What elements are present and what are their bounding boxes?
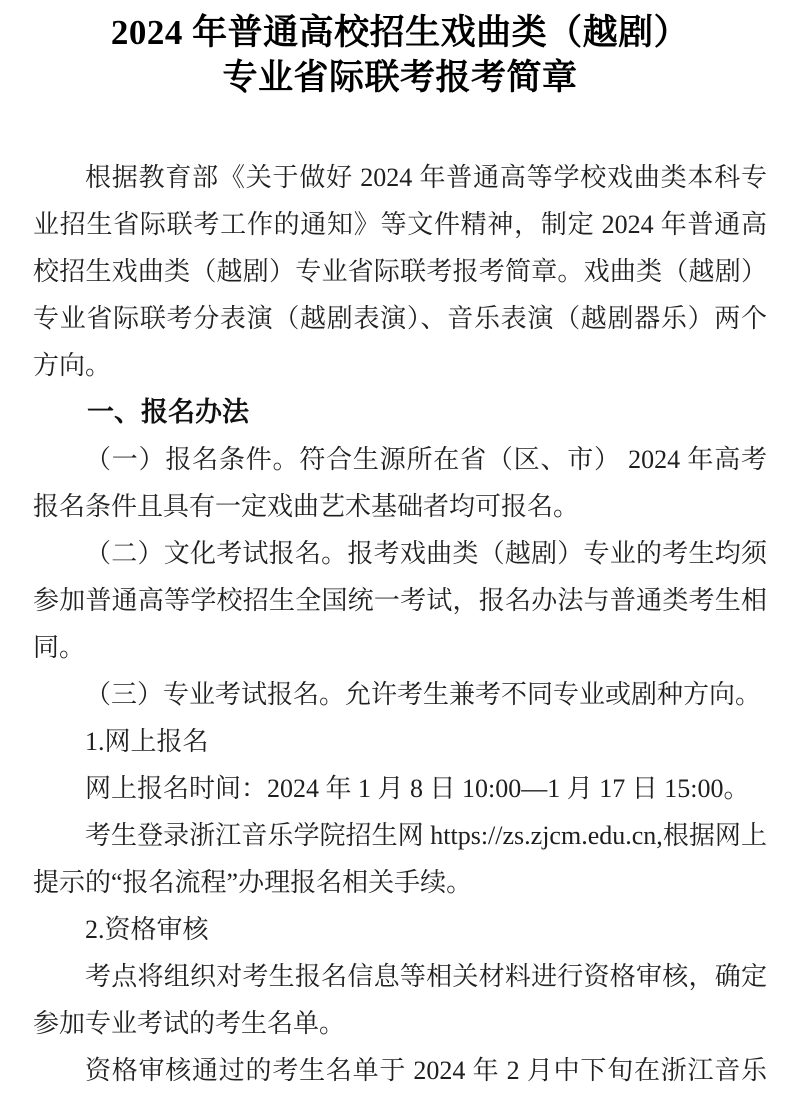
item-3-professional-exam-registration: （三）专业考试报名。允许考生兼考不同专业或剧种方向。 xyxy=(33,671,767,718)
title-line-1: 2024 年普通高校招生戏曲类（越剧） xyxy=(33,10,767,55)
intro-paragraph: 根据教育部《关于做好 2024 年普通高等学校戏曲类本科专业招生省际联考工作的通… xyxy=(33,154,767,389)
subitem-2-qualification-review-title: 2.资格审核 xyxy=(33,906,767,953)
item-1-registration-conditions: （一）报名条件。符合生源所在省（区、市） 2024 年高考报名条件且具有一定戏曲… xyxy=(33,436,767,530)
qualification-review-paragraph: 考点将组织对考生报名信息等相关材料进行资格审核，确定参加专业考试的考生名单。 xyxy=(33,953,767,1047)
online-registration-time: 网上报名时间：2024 年 1 月 8 日 10:00—1 月 17 日 15:… xyxy=(33,765,767,812)
subitem-1-online-registration-title: 1.网上报名 xyxy=(33,718,767,765)
item-2-culture-exam-registration: （二）文化考试报名。报考戏曲类（越剧）专业的考生均须参加普通高等学校招生全国统一… xyxy=(33,530,767,671)
title-line-2: 专业省际联考报考简章 xyxy=(33,55,767,100)
section-1-heading: 一、报名办法 xyxy=(33,389,767,436)
document-page: 2024 年普通高校招生戏曲类（越剧） 专业省际联考报考简章 根据教育部《关于做… xyxy=(0,0,800,1110)
document-title: 2024 年普通高校招生戏曲类（越剧） 专业省际联考报考简章 xyxy=(33,10,767,100)
qualification-list-publish-paragraph: 资格审核通过的考生名单于 2024 年 2 月中下旬在浙江音乐 xyxy=(33,1047,767,1094)
registration-website-instructions: 考生登录浙江音乐学院招生网 https://zs.zjcm.edu.cn,根据网… xyxy=(33,812,767,906)
